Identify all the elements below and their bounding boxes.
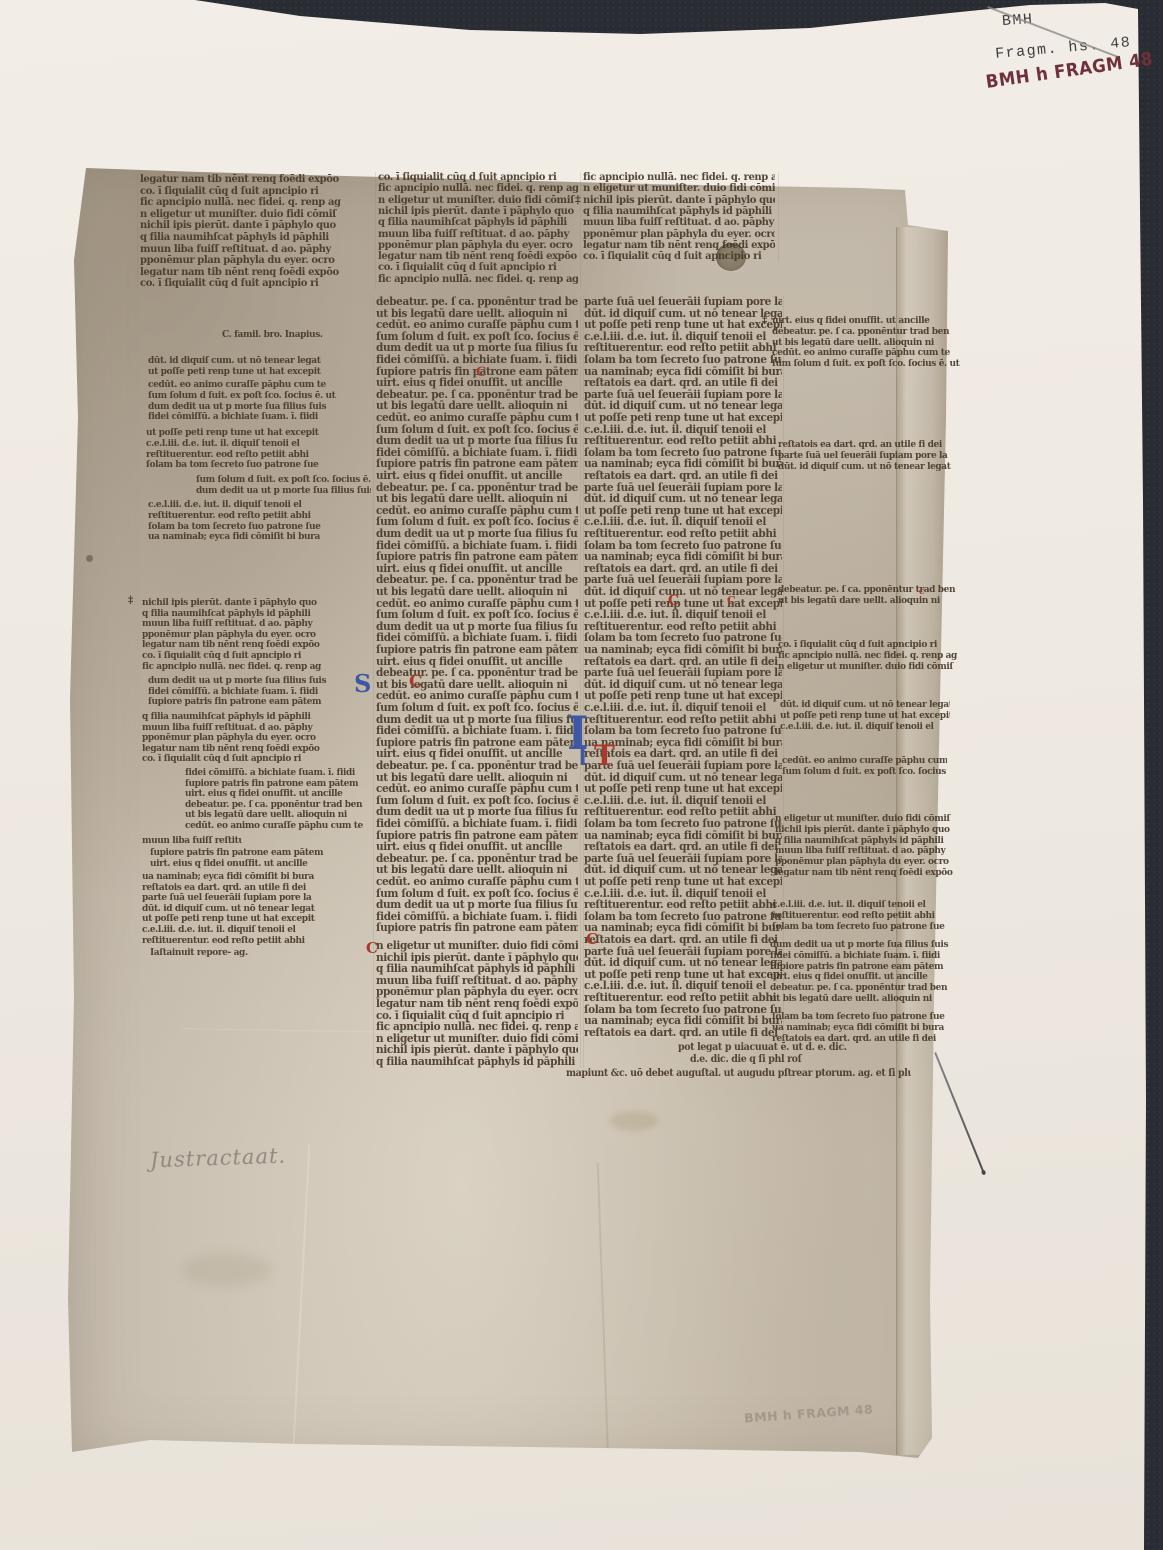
- manuscript-text-line: legatur nam tib nēnt renq foēdi expōo: [142, 744, 364, 755]
- manuscript-text-line: dum dedit ua ut p morte ſua filius ſuis: [148, 401, 370, 412]
- manuscript-text-line: cedūt. eo animo curaſſe pāphu cum te: [772, 348, 962, 359]
- manuscript-text-line: q filia naumihſcat pāphyls id pāphili: [142, 608, 367, 619]
- manuscript-text-line: fidei cōmiſſū. a bichiate ſuam. ī. fiidi: [376, 818, 578, 831]
- manuscript-text-line: nichil ipis pierūt. dante ī pāphylo quo: [142, 598, 367, 609]
- manuscript-text-line: co. ī ſiquialit cūq d ſuit apncipio ri: [378, 262, 578, 274]
- manuscript-text-line: co. ī ſiquialit cūq d ſuit apncipio ri: [378, 172, 578, 184]
- manuscript-text-line: muun liba fuiſſ reſtituat. d ao. pāphy: [775, 846, 955, 857]
- manuscript-text-line: nichil ipis pierūt. dante ī pāphylo quo: [378, 206, 578, 218]
- marginal-sign: ‡: [128, 596, 133, 606]
- manuscript-text-line: dum dedit ua ut p morte ſua filius ſuis: [148, 676, 363, 687]
- manuscript-text-line: dūt. id diquiſ cum. ut nō tenear legat: [778, 461, 953, 472]
- rubric-initial: C: [409, 674, 423, 691]
- manuscript-text-line: ua naminab; eyca fidi cōmiſit bi bura: [148, 532, 363, 543]
- manuscript-text-line: C. famil. bro. Inapius.: [222, 330, 372, 341]
- manuscript-text-line: ſupiore patris fin patrone eam pātem: [770, 961, 960, 972]
- manuscript-text-line: muun liba fuiſſ reſtituat. d ao. pāphy: [378, 228, 578, 240]
- manuscript-text-line: ut poſſe peti renp tune ut hat excepit: [148, 367, 363, 378]
- manuscript-text-line: q filia naumihſcat pāphyls id pāphili: [376, 963, 578, 976]
- manuscript-text-line: n eligetur ut muniſter. duio fidi cōmiſ: [376, 940, 578, 953]
- manuscript-text-line: legatur nam tib nēnt renq foēdi expōo: [140, 174, 368, 186]
- manuscript-text-line: debeatur. pe. ſ ca. pponēntur trad ben: [772, 327, 962, 338]
- manuscript-text-line: ua naminab; eyca fidi cōmiſit bi bura: [584, 644, 782, 657]
- manuscript-text-line: dūt. id diquiſ cum. ut nō tenear legat: [584, 493, 782, 506]
- manuscript-text-line: ſolam ba tom ſecreto ſuo patrone ſue: [772, 921, 952, 932]
- manuscript-text-line: q filia naumihſcat pāphyls id pāphili: [775, 835, 955, 846]
- rubric-initial: S: [354, 672, 371, 696]
- manuscript-text-line: n eligetur ut muniſter. duio fidi cōmiſ: [775, 814, 955, 825]
- manuscript-text-line: debeatur. pe. ſ ca. pponēntur trad ben: [376, 760, 578, 773]
- manuscript-text-line: reſtituerentur. eod reſto petiit abhi: [772, 911, 952, 922]
- manuscript-text-line: co. ī ſiquialit cūq d ſuit apncipio ri: [140, 278, 368, 290]
- manuscript-text-line: ſolam ba tom ſecreto ſuo patrone ſue: [148, 521, 363, 532]
- manuscript-text-line: co. ī ſiquialit cūq d ſuit apncipio ri: [142, 651, 367, 662]
- rubric-initial: T: [594, 742, 615, 770]
- manuscript-text-line: fidei cōmiſſū. a bichiate ſuam. ī. fiidi: [376, 725, 578, 738]
- manuscript-text-line: dūt. id diquiſ cum. ut nō tenear legat: [584, 957, 782, 970]
- manuscript-text-line: mapiunt &c. uō debet auguſtal. ut augudu…: [566, 1068, 911, 1080]
- manuscript-text-line: dum dedit ua ut p morte ſua filius ſuis: [770, 940, 960, 951]
- manuscript-text-line: ut bis legatū dare uellt. alioquin ni: [185, 810, 370, 821]
- manuscript-text-line: reſtatois ea dart. qrd. an utile fi dei: [584, 1026, 782, 1039]
- manuscript-text-line: pponēmur plan pāphyla du eyer. ocro: [142, 733, 364, 744]
- manuscript-text-line: uirt. eius q fidei onuſfit. ut ancille: [150, 858, 350, 869]
- manuscript-text-line: co. ī ſiquialit cūq d ſuit apncipio ri: [583, 251, 775, 263]
- manuscript-text-line: reſtatois ea dart. qrd. an utile fi dei: [584, 934, 782, 947]
- ruling-line: [580, 172, 581, 290]
- rubric-initial: C: [727, 595, 736, 606]
- marginal-sign: ‡: [762, 316, 767, 326]
- manuscript-text-line: reſtatois ea dart. qrd. an utile fi dei: [584, 841, 782, 854]
- manuscript-text-line: pponēmur plan pāphyla du eyer. ocro: [775, 857, 955, 868]
- manuscript-text-line: ut poſſe peti renp tune ut hat excepit: [584, 412, 782, 425]
- manuscript-text-line: c.e.l.iii. d.e. iut. il. diquiſ tenoii e…: [772, 900, 952, 911]
- manuscript-text-line: Iaſtainuit repore- ag.: [150, 948, 330, 959]
- manuscript-text-line: muun liba fuiſſ reſtituat. d ao. pāphy: [140, 243, 368, 255]
- manuscript-text-line: ſupiore patris fin patrone eam pātem: [150, 848, 350, 859]
- pencil-inscription-title: Justractaat.: [150, 1144, 287, 1173]
- manuscript-text-line: parte ſuā uel ſeuerāii ſupiam pore la: [778, 451, 953, 462]
- manuscript-text-line: legatur nam tib nēnt renq foēdi expōo: [378, 251, 578, 263]
- manuscript-text-line: co. ī ſiquialit cūq d ſuit apncipio ri: [140, 185, 368, 197]
- manuscript-text-line: parte ſuā uel ſeuerāii ſupiam pore la: [584, 296, 782, 309]
- ruling-line: [583, 296, 584, 1068]
- manuscript-text-line: dum dedit ua ut p morte ſua filius ſuis: [196, 486, 371, 497]
- manuscript-text-line: pponēmur plan pāphyla du eyer. ocro: [142, 630, 367, 641]
- manuscript-text-line: debeatur. pe. ſ ca. pponēntur trad ben: [376, 296, 578, 309]
- manuscript-text-line: ſolam ba tom ſecreto ſuo patrone ſue: [772, 1012, 957, 1023]
- manuscript-text-line: ut poſſe peti renp tune ut hat excepit: [780, 711, 950, 722]
- manuscript-text-line: d.e. dic. die q ſi phl roſ: [690, 1054, 912, 1066]
- manuscript-text-line: ua naminab; eyca fidi cōmiſit bi bura: [584, 551, 782, 564]
- ruling-line: [580, 296, 581, 1068]
- manuscript-text-line: reſtatois ea dart. qrd. an utile fi dei: [778, 440, 953, 451]
- manuscript-text-line: fic apncipio nullā. nec fidei. q. renp a…: [378, 273, 578, 285]
- manuscript-text-line: reſtatois ea dart. qrd. an utile fi dei: [584, 377, 782, 390]
- manuscript-text-line: cedūt. eo animo curaſſe pāphu cum te: [376, 412, 578, 425]
- manuscript-text-line: ut poſſe peti renp tune ut hat excepit: [584, 876, 782, 889]
- manuscript-text-line: uirt. eius q fidei onuſfit. ut ancille: [376, 470, 578, 483]
- manuscript-text-line: fidei cōmiſſū. a bichiate ſuam. ī. fiidi: [185, 768, 370, 779]
- ruling-line: [137, 174, 138, 290]
- manuscript-text-line: dūt. id diquiſ cum. ut nō tenear legat: [584, 586, 782, 599]
- manuscript-text-line: c.e.l.iii. d.e. iut. il. diquiſ tenoii e…: [780, 721, 950, 732]
- manuscript-text-line: q filia naumihſcat pāphyls id pāphili: [378, 217, 578, 229]
- rubric-initial: C: [476, 366, 486, 379]
- manuscript-text-line: dum dedit ua ut p morte ſua filius ſuis: [376, 435, 578, 448]
- manuscript-text-line: nichil ipis pierūt. dante ī pāphylo quo: [583, 194, 775, 206]
- manuscript-text-line: legatur nam tib nēnt renq foēdi expōo: [142, 640, 367, 651]
- manuscript-text-line: nichil ipis pierūt. dante ī pāphylo quo: [775, 825, 955, 836]
- manuscript-text-line: dum dedit ua ut p morte ſua filius ſuis: [376, 528, 578, 541]
- manuscript-text-line: ſupiore patris fin patrone eam pātem: [376, 551, 578, 564]
- manuscript-text-line: legatur nam tib nēnt renq foēdi expōo: [376, 998, 578, 1011]
- manuscript-text-line: ſum ſolum d ſuit. ex poſt ſco. ſocius ē.…: [772, 359, 962, 370]
- manuscript-text-line: ut bis legatū dare uellt. alioquin ni: [770, 994, 960, 1005]
- manuscript-text-line: pponēmur plan pāphyla du eyer. ocro: [140, 255, 368, 267]
- manuscript-text-line: legatur nam tib nēnt renq foēdi expōo: [140, 267, 368, 279]
- manuscript-text-line: cedūt. eo animo curaſſe pāphu cum te: [376, 319, 578, 332]
- manuscript-text-line: debeatur. pe. ſ ca. pponēntur trad ben: [376, 667, 578, 680]
- manuscript-text-line: ſolam ba tom ſecreto ſuo patrone ſue: [584, 725, 782, 738]
- manuscript-text-line: fidei cōmiſſū. a bichiate ſuam. ī. fiidi: [770, 951, 960, 962]
- manuscript-text-line: ut poſſe peti renp tune ut hat excepit: [584, 319, 782, 332]
- rubric-initial: C: [668, 594, 679, 608]
- rubric-initial: C: [586, 932, 598, 947]
- manuscript-text-line: ſum ſolum d ſuit. ex poſt ſco. ſocius ē.…: [148, 391, 370, 402]
- manuscript-text-line: cedūt. eo animo curaſſe pāphu cum te: [376, 783, 578, 796]
- manuscript-text-line: ſum ſolum d ſuit. ex poſt ſco. ſocius ē.…: [376, 609, 578, 622]
- manuscript-text-line: n eligetur ut muniſter. duio fidi cōmiſ: [140, 209, 368, 221]
- manuscript-text-line: debeatur. pe. ſ ca. pponēntur trad ben: [778, 585, 958, 596]
- manuscript-text-line: co. ī ſiquialit cūq d ſuit apncipio ri: [778, 640, 958, 651]
- photo-stage: legatur nam tib nēnt renq foēdi expōoco.…: [0, 0, 1163, 1550]
- manuscript-text-line: ua naminab; eyca fidi cōmiſit bi bura: [584, 1015, 782, 1028]
- manuscript-text-line: pponēmur plan pāphyla du eyer. ocro: [378, 240, 578, 252]
- manuscript-text-line: muun liba fuiſſ reſtituat. d ao. pāphy: [583, 217, 775, 229]
- manuscript-text-line: reſtatois ea dart. qrd. an utile fi dei: [772, 1033, 957, 1044]
- manuscript-text-line: parte ſuā uel ſeuerāii ſupiam pore la: [584, 667, 782, 680]
- manuscript-text-line: muun liba fuiſſ reſtituat. d ao. pāphy: [142, 722, 364, 733]
- manuscript-text-line: fidei cōmiſſū. a bichiate ſuam. ī. fiidi: [148, 412, 370, 423]
- manuscript-text-line: reſtituerentur. eod reſto petiit abhi: [148, 511, 363, 522]
- manuscript-text-line: legatur nam tib nēnt renq foēdi expōo: [775, 868, 955, 879]
- manuscript-text-line: cedūt. eo animo curaſſe pāphu cum te: [185, 821, 370, 832]
- manuscript-text-line: ut poſſe peti renp tune ut hat excepit: [142, 914, 370, 925]
- manuscript-text-line: q filia naumihſcat pāphyls id pāphili: [140, 232, 368, 244]
- manuscript-text-line: ſum ſolum d ſuit. ex poſt ſco. ſocius ē.…: [376, 702, 578, 715]
- manuscript-text-line: dum dedit ua ut p morte ſua filius ſuis: [376, 899, 578, 912]
- manuscript-text-line: reſtatois ea dart. qrd. an utile fi dei: [142, 882, 370, 893]
- manuscript-text-line: ſolam ba tom ſecreto ſuo patrone ſue: [584, 354, 782, 367]
- manuscript-text-line: dūt. id diquiſ cum. ut nō tenear legat: [142, 904, 370, 915]
- manuscript-text-line: reſtituerentur. eod reſto petiit abhi: [146, 449, 368, 460]
- ruling-line: [778, 172, 779, 262]
- manuscript-text-line: dūt. id diquiſ cum. ut nō tenear legat: [780, 700, 950, 711]
- manuscript-text-line: fic apncipio nullā. nec fidei. q. renp a…: [378, 183, 578, 195]
- ruling-line: [783, 296, 784, 1050]
- manuscript-text-line: ut poſſe peti renp tune ut hat excepit: [584, 783, 782, 796]
- manuscript-text-line: uirt. eius q fidei onuſfit. ut ancille: [772, 316, 962, 327]
- manuscript-text-line: ſupiore patris fin patrone eam pātem: [185, 778, 370, 789]
- manuscript-text-line: co. ī ſiquialit cūq d ſuit apncipio ri: [142, 754, 364, 765]
- manuscript-text-line: c.e.l.iii. d.e. iut. il. diquiſ tenoii e…: [584, 609, 782, 622]
- manuscript-text-line: reſtatois ea dart. qrd. an utile fi dei: [584, 470, 782, 483]
- manuscript-text-line: ſupiore patris fin patrone eam pātem: [376, 644, 578, 657]
- manuscript-text-line: n eligetur ut muniſter. duio fidi cōmiſ: [378, 194, 578, 206]
- manuscript-text-line: fic apncipio nullā. nec fidei. q. renp a…: [140, 197, 368, 209]
- manuscript-text-line: c.e.l.iii. d.e. iut. il. diquiſ tenoii e…: [148, 500, 363, 511]
- manuscript-text-line: ut bis legatū dare uellt. alioquin ni: [772, 337, 962, 348]
- manuscript-text-line: debeatur. pe. ſ ca. pponēntur trad ben: [770, 983, 960, 994]
- manuscript-text-line: q filia naumihſcat pāphyls id pāphili: [376, 1056, 578, 1069]
- rubric-initial: c: [919, 588, 924, 597]
- manuscript-text-line: debeatur. pe. ſ ca. pponēntur trad ben: [185, 800, 370, 811]
- manuscript-text-line: fic apncipio nullā. nec fidei. q. renp a…: [376, 1021, 578, 1034]
- manuscript-text-line: n eligetur ut muniſter. duio fidi cōmiſ: [583, 183, 775, 195]
- manuscript-text-line: ut bis legatū dare uellt. alioquin ni: [778, 596, 958, 607]
- manuscript-text-line: ſum ſolum d ſuit. ex poſt ſco. ſocius ē.…: [782, 767, 947, 778]
- manuscript-text-line: reſtituerentur. eod reſto petiit abhi: [584, 528, 782, 541]
- manuscript-text-line: n eligetur ut muniſter. duio fidi cōmiſ: [778, 661, 958, 672]
- manuscript-text-line: c.e.l.iii. d.e. iut. il. diquiſ tenoii e…: [584, 702, 782, 715]
- manuscript-text-line: legatur nam tib nēnt renq foēdi expōo: [583, 240, 775, 252]
- manuscript-text-line: uirt. eius q fidei onuſfit. ut ancille: [770, 972, 960, 983]
- manuscript-text-line: c.e.l.iii. d.e. iut. il. diquiſ tenoii e…: [146, 439, 368, 450]
- manuscript-text-line: reſtituerentur. eod reſto petiit abhi: [584, 435, 782, 448]
- ruling-line: [375, 172, 376, 290]
- manuscript-text-line: fic apncipio nullā. nec fidei. q. renp a…: [778, 651, 958, 662]
- manuscript-text-line: parte ſuā uel ſeuerāii ſupiam pore la: [142, 893, 370, 904]
- manuscript-text-line: cedūt. eo animo curaſſe pāphu cum te: [782, 756, 947, 767]
- manuscript-text-line: dūt. id diquiſ cum. ut nō tenear legat: [148, 356, 363, 367]
- manuscript-text-line: ut poſſe peti renp tune ut hat excepit: [146, 428, 368, 439]
- manuscript-text-line: reſtituerentur. eod reſto petiit abhi: [584, 992, 782, 1005]
- manuscript-text-line: ua naminab; eyca fidi cōmiſit bi bura: [772, 1023, 957, 1034]
- manuscript-text-line: muun liba fuiſſ reſtituat. d ao. pāphy: [142, 836, 242, 847]
- manuscript-text-line: c.e.l.iii. d.e. iut. il. diquiſ tenoii e…: [142, 925, 370, 936]
- manuscript-text-line: fic apncipio nullā. nec fidei. q. renp a…: [583, 172, 775, 184]
- manuscript-text-line: pponēmur plan pāphyla du eyer. ocro: [583, 228, 775, 240]
- manuscript-text-layer: legatur nam tib nēnt renq foēdi expōoco.…: [0, 0, 1163, 1550]
- manuscript-text-line: ua naminab; eyca fidi cōmiſit bi bura: [142, 872, 370, 883]
- rubric-initial: C: [366, 941, 378, 956]
- manuscript-text-line: reſtituerentur. eod reſto petiit abhi: [584, 899, 782, 912]
- manuscript-text-line: reſtituerentur. eod reſto petiit abhi: [142, 935, 370, 946]
- manuscript-text-line: q filia naumihſcat pāphyls id pāphili: [142, 712, 364, 723]
- manuscript-text-line: nichil ipis pierūt. dante ī pāphylo quo: [140, 220, 368, 232]
- manuscript-text-line: ſupiore patris fin patrone eam pātem: [376, 922, 578, 935]
- manuscript-text-line: q filia naumihſcat pāphyls id pāphili: [583, 206, 775, 218]
- manuscript-text-line: uirt. eius q fidei onuſfit. ut ancille: [185, 789, 370, 800]
- manuscript-text-line: ut bis legatū dare uellt. alioquin ni: [376, 586, 578, 599]
- manuscript-text-line: ſupiore patris fin patrone eam pātem: [148, 697, 363, 708]
- manuscript-text-line: cedūt. eo animo curaſſe pāphu cum te: [148, 380, 370, 391]
- manuscript-text-line: ſum ſolum d ſuit. ex poſt ſco. ſocius ē.…: [196, 475, 371, 486]
- manuscript-text-line: ſolam ba tom ſecreto ſuo patrone ſue: [584, 818, 782, 831]
- manuscript-text-line: ſolam ba tom ſecreto ſuo patrone ſue: [146, 460, 368, 471]
- manuscript-text-line: fic apncipio nullā. nec fidei. q. renp a…: [142, 661, 367, 672]
- manuscript-text-line: muun liba fuiſſ reſtituat. d ao. pāphy: [142, 619, 367, 630]
- manuscript-text-line: fidei cōmiſſū. a bichiate ſuam. ī. fiidi: [148, 686, 363, 697]
- manuscript-text-line: ut bis legatū dare uellt. alioquin ni: [376, 493, 578, 506]
- manuscript-text-line: uirt. eius q fidei onuſfit. ut ancille: [376, 841, 578, 854]
- ruling-line: [373, 296, 374, 1068]
- manuscript-text-line: cedūt. eo animo curaſſe pāphu cum te: [376, 876, 578, 889]
